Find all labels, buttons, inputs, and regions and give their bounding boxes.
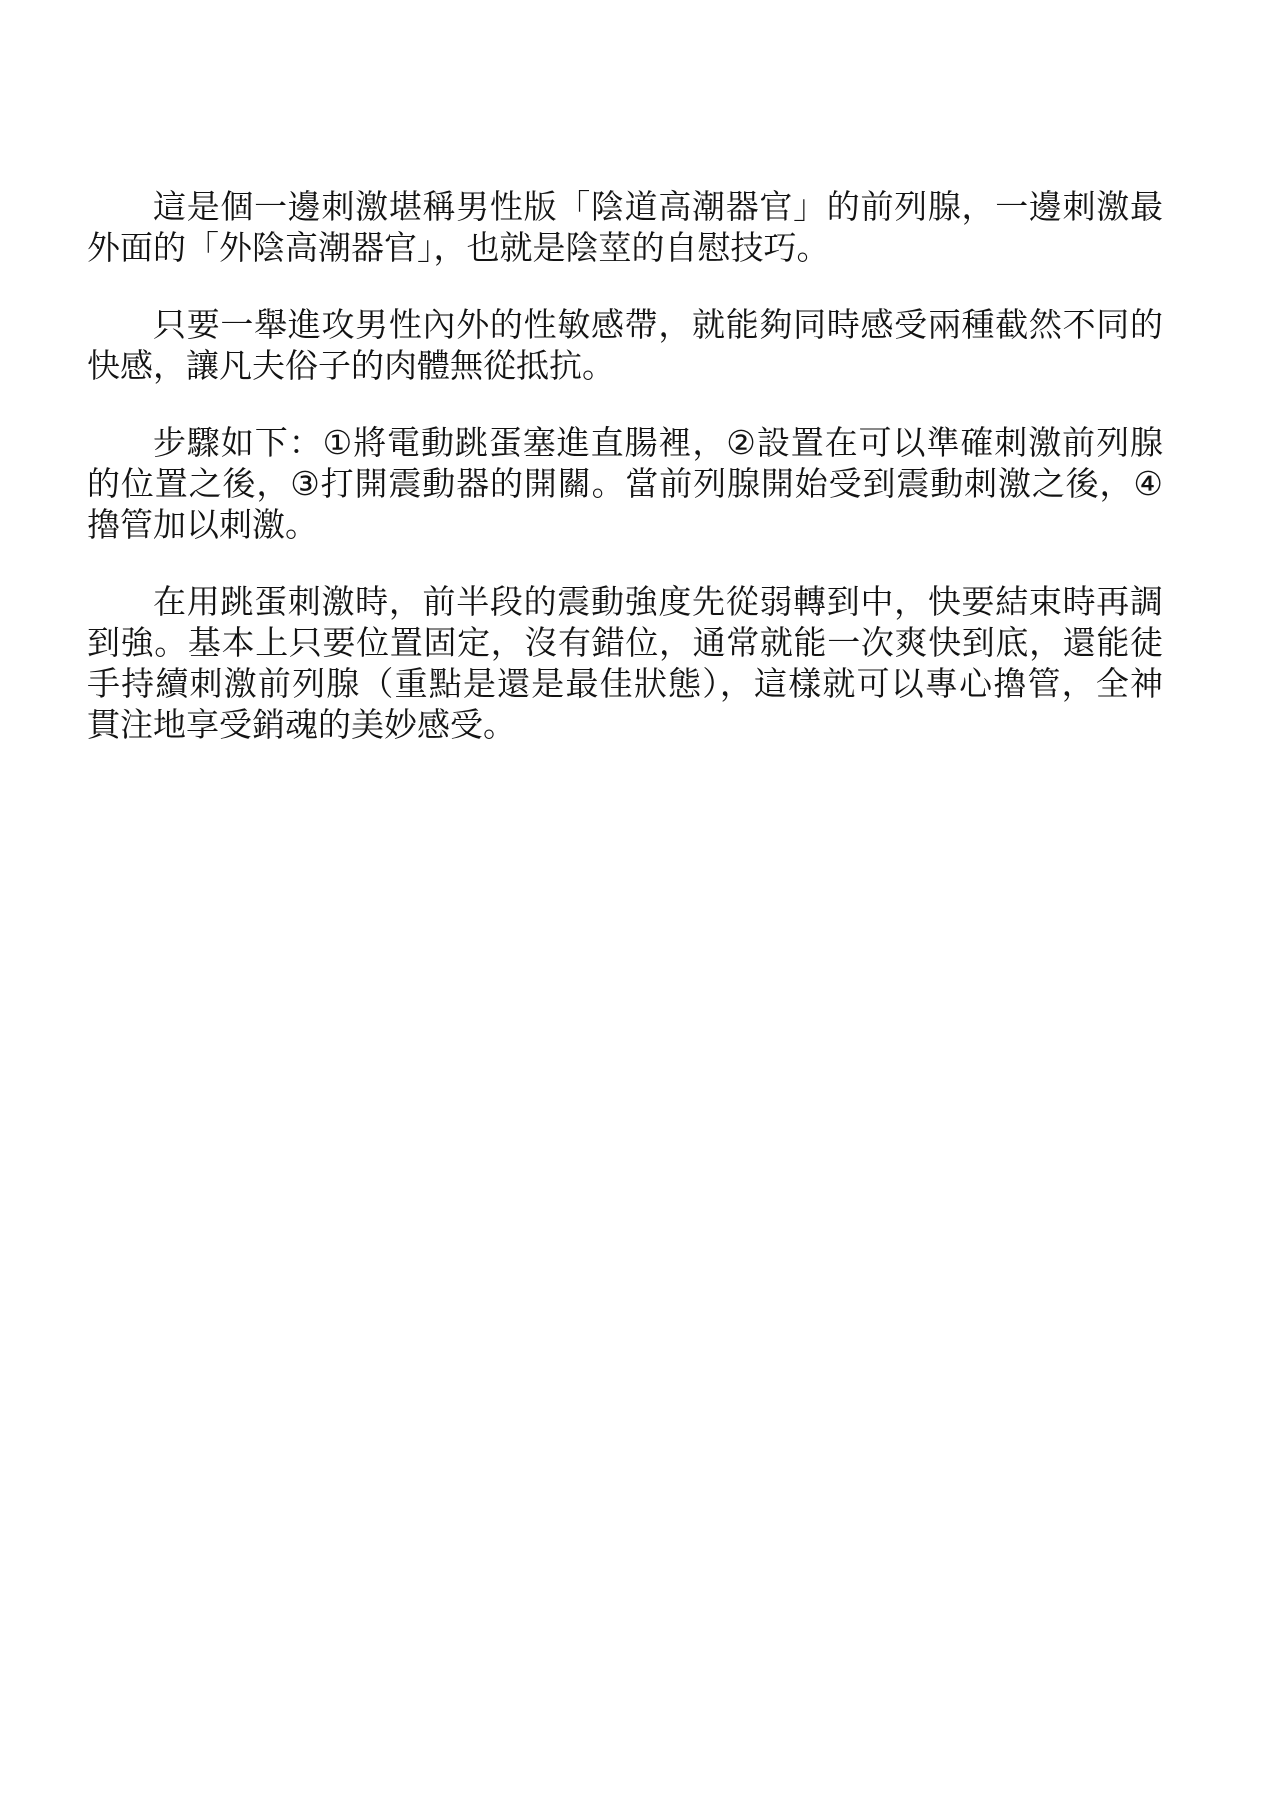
document-page: 這是個一邊刺激堪稱男性版「陰道高潮器官」的前列腺，一邊刺激最外面的「外陰高潮器官… [0,0,1280,1813]
text-line: 貫注地享受銷魂的美妙感受。 [87,704,1163,745]
text-line: 手持續刺激前列腺（重點是還是最佳狀態），這樣就可以專心擼管，全神 [87,663,1163,704]
text-line: 這是個一邊刺激堪稱男性版「陰道高潮器官」的前列腺，一邊刺激最 [87,186,1163,227]
text-line: 步驟如下：①將電動跳蛋塞進直腸裡，②設置在可以準確刺激前列腺 [87,422,1163,463]
text-line: 到強。基本上只要位置固定，沒有錯位，通常就能一次爽快到底，還能徒 [87,622,1163,663]
paragraph: 在用跳蛋刺激時，前半段的震動強度先從弱轉到中，快要結束時再調到強。基本上只要位置… [87,581,1163,745]
text-line: 擼管加以刺激。 [87,504,1163,545]
text-line: 的位置之後，③打開震動器的開關。當前列腺開始受到震動刺激之後，④ [87,463,1163,504]
text-line: 在用跳蛋刺激時，前半段的震動強度先從弱轉到中，快要結束時再調 [87,581,1163,622]
paragraph: 只要一舉進攻男性內外的性敏感帶，就能夠同時感受兩種截然不同的快感，讓凡夫俗子的肉… [87,304,1163,386]
text-line: 快感，讓凡夫俗子的肉體無從抵抗。 [87,345,1163,386]
paragraph: 步驟如下：①將電動跳蛋塞進直腸裡，②設置在可以準確刺激前列腺的位置之後，③打開震… [87,422,1163,545]
text-line: 只要一舉進攻男性內外的性敏感帶，就能夠同時感受兩種截然不同的 [87,304,1163,345]
paragraph: 這是個一邊刺激堪稱男性版「陰道高潮器官」的前列腺，一邊刺激最外面的「外陰高潮器官… [87,186,1163,268]
text-block: 這是個一邊刺激堪稱男性版「陰道高潮器官」的前列腺，一邊刺激最外面的「外陰高潮器官… [87,186,1163,781]
text-line: 外面的「外陰高潮器官」，也就是陰莖的自慰技巧。 [87,227,1163,268]
